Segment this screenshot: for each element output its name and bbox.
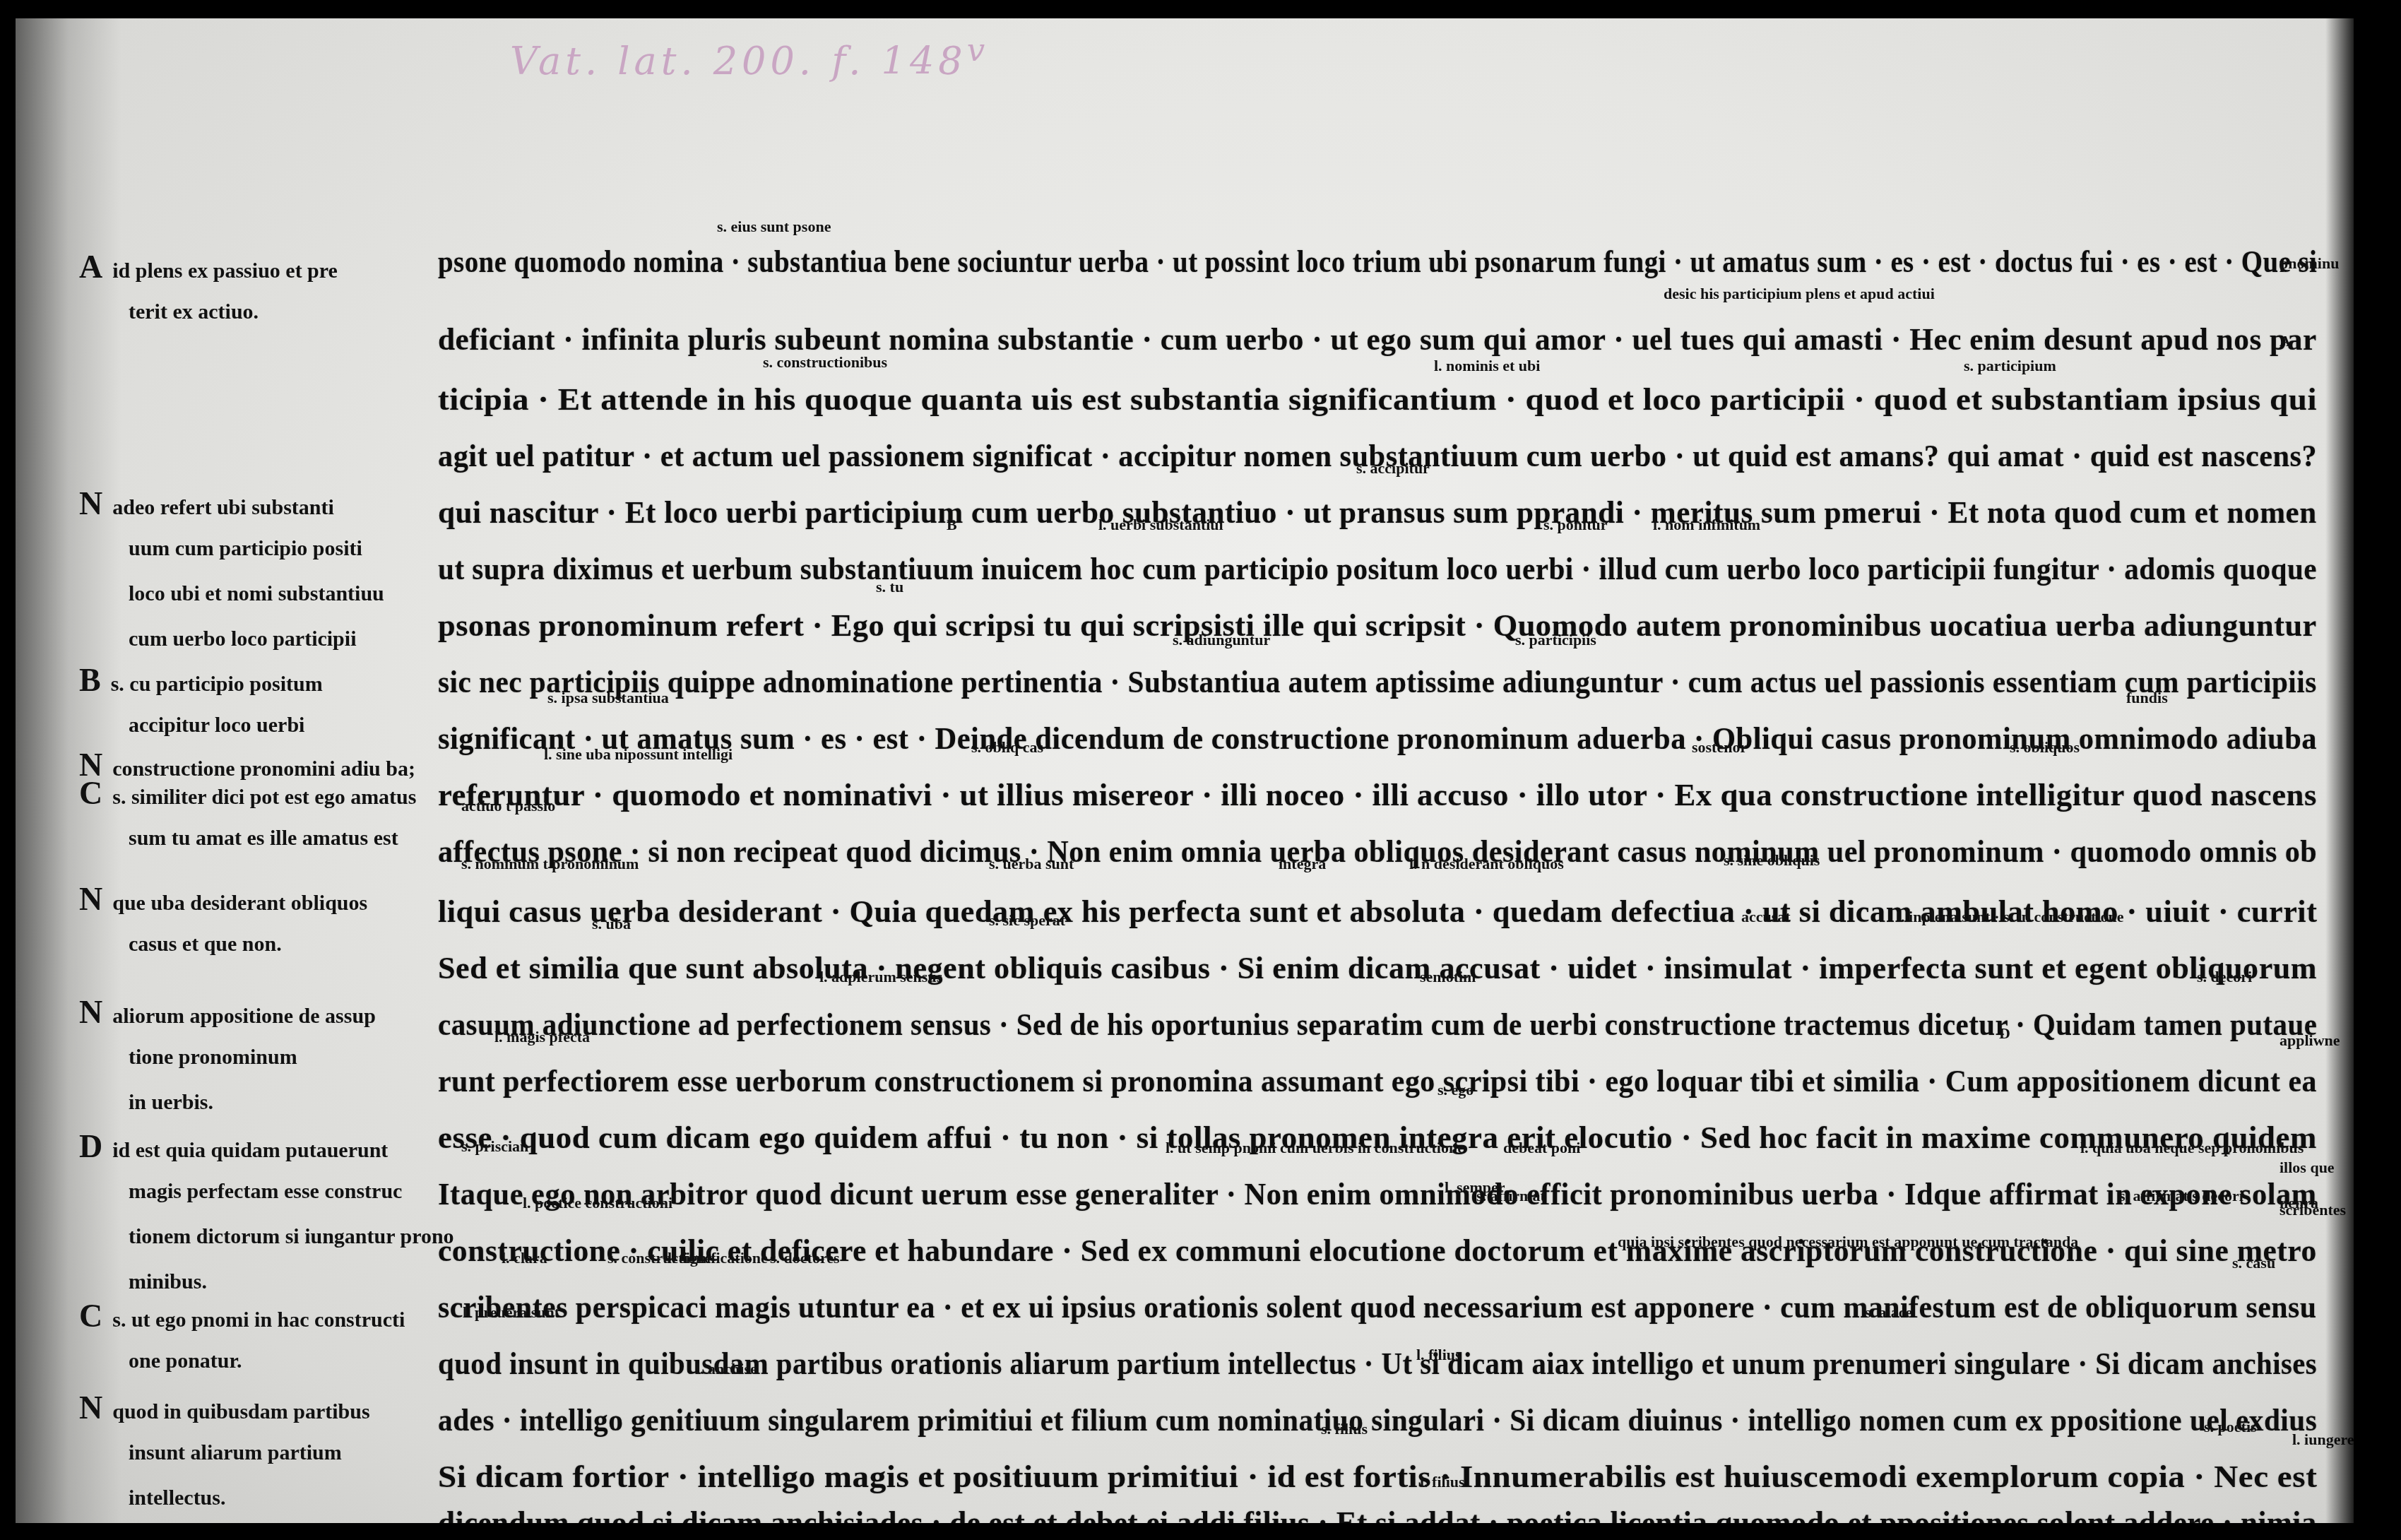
interlinear-gloss: s. ponitur [1543,516,1607,534]
interlinear-gloss: semotim [1420,968,1476,986]
interlinear-gloss: actiuo t passio [461,797,555,815]
margin-initial: B [79,662,101,698]
right-margin-note: pnominu [2280,254,2339,273]
text-line: referuntur · quomodo et nominativi · ut … [438,777,2317,813]
text-line: ticipia · Et attende in his quoque quant… [438,381,2317,417]
margin-gloss-text: insunt aliarum partium [129,1441,342,1464]
margin-gloss-text: id plens ex passiuo et pre [112,259,338,283]
margin-initial: A [79,249,102,285]
interlinear-gloss: s. uba [592,915,631,933]
interlinear-gloss: s. sic sperat [989,911,1065,930]
right-margin-note: A [2280,332,2291,350]
text-line: Sed et similia que sunt absoluta · negen… [438,950,2317,986]
text-line: ut supra diximus et uerbum substantiuum … [438,551,2317,587]
text-line: qui nascitur · Et loco uerbi participium… [438,494,2317,531]
right-margin-note: illos que [2280,1159,2335,1177]
text-line: runt perfectiorem esse uerborum construc… [438,1063,2317,1099]
interlinear-gloss: debeat poni [1503,1139,1580,1157]
interlinear-gloss: l. inplena sunt · s. in constructione [1897,908,2124,926]
interlinear-gloss: s. affirmat s decori [2119,1187,2243,1205]
interlinear-gloss: s. casu [2232,1254,2275,1272]
interlinear-gloss: s. filius [1321,1420,1368,1438]
interlinear-gloss: s. affirmat [1476,1187,1546,1205]
interlinear-gloss: s. obliquos [2010,738,2080,757]
margin-gloss-text: uum cum participio positi [129,537,362,560]
shelfmark-suffix: v [967,31,989,69]
text-line: Si dicam fortior · intelligo magis et po… [438,1459,2317,1495]
interlinear-gloss: s. accipitur [1356,459,1430,478]
margin-gloss-text: s. cu participio positum [111,673,323,696]
margin-gloss-line: tione pronominum [129,1035,297,1080]
margin-gloss-text: tione pronominum [129,1046,297,1069]
margin-gloss-text: casus et que non. [129,932,282,956]
interlinear-gloss: s. participiis [1515,631,1596,649]
margin-gloss-text: in uerbis. [129,1091,213,1114]
interlinear-gloss: s. uerba sunt [989,855,1074,873]
interlinear-gloss: l. nom infinitum [1653,516,1760,534]
margin-initial: C [79,775,102,811]
margin-gloss-line: cum uerbo loco participii [129,617,356,662]
margin-gloss-line: Cs. similiter dici pot est ego amatus [79,771,416,820]
text-line: psone quomodo nomina · substantiua bene … [438,244,2317,280]
margin-gloss-line: uum cum participio positi [129,526,362,571]
interlinear-gloss: s. priscian [461,1137,528,1156]
interlinear-gloss: l. ut semp pnomi cum uerbis in construct… [1166,1139,1464,1157]
margin-gloss-text: aliorum appositione de assup [112,1005,376,1028]
margin-gloss-text: accipitur loco uerbi [129,713,304,737]
margin-initial: D [79,1128,102,1164]
interlinear-gloss: l. filius [1420,1473,1465,1491]
interlinear-gloss: s. obliq cas [971,738,1043,757]
margin-gloss-line: in uerbis. [129,1080,213,1125]
interlinear-gloss: s. constructionibus [763,353,887,372]
manuscript-page: Vat. lat. 200. f. 148v Aid plens ex pass… [16,18,2354,1523]
margin-initial: N [79,485,102,521]
margin-gloss-line: insunt aliarum partium [129,1431,342,1476]
interlinear-gloss: s. participium [1964,357,2056,375]
interlinear-gloss: l. n desiderant obliquos [1409,855,1564,873]
margin-gloss-line: terit ex actiuo. [129,290,259,335]
margin-initial: N [79,994,102,1030]
margin-gloss-text: adeo refert ubi substanti [112,496,334,519]
margin-initial: N [79,1390,102,1426]
shelfmark-text: Vat. lat. 200. f. 148 [510,39,967,83]
interlinear-gloss: s. aiace [1865,1303,1912,1322]
interlinear-gloss: l. significatione [668,1249,768,1267]
interlinear-gloss: l. magis pfecta [494,1028,590,1046]
interlinear-gloss: l. poetice constructioni [523,1194,672,1212]
text-line: psonas pronominum refert · Ego qui scrip… [438,608,2317,644]
interlinear-gloss: s. tu [876,578,903,596]
interlinear-gloss: accusat [1741,908,1791,926]
interlinear-gloss: s. ipsa substantiua [547,689,669,707]
margin-gloss-line: Did est quia quidam putauerunt [79,1124,388,1173]
interlinear-gloss: desic his participium plens et apud acti… [1664,285,1935,303]
interlinear-gloss: l. nominis et ubi [1434,357,1540,375]
interlinear-gloss: l. quia uba neque sep pronomibus [2080,1139,2304,1157]
interlinear-gloss: l. sine uba nipossunt intelligi [544,745,733,764]
text-line: ades · intelligo genitiuum singularem pr… [438,1402,2317,1438]
margin-gloss-line: Nquod in quibusdam partibus [79,1385,370,1435]
margin-initial: C [79,1298,102,1334]
text-line: sic nec participiis quippe adnominatione… [438,664,2317,700]
margin-gloss-line: tionem dictorum si iungantur prono [129,1214,454,1260]
margin-gloss-text: s. ut ego pnomi in hac constructi [112,1308,405,1332]
margin-gloss-text: quod in quibusdam partibus [112,1400,369,1423]
margin-gloss-line: one ponatur. [129,1339,242,1384]
interlinear-gloss: l. uerbi substantiui [1098,516,1223,534]
text-line: affectus psone · si non recipeat quod di… [438,834,2317,870]
interlinear-gloss: s. doctores [770,1249,840,1267]
margin-gloss-line: Nque uba desiderant obliquos [79,877,367,926]
interlinear-gloss: s. decori [2197,968,2252,986]
margin-gloss-text: id est quia quidam putauerunt [112,1139,388,1162]
text-line: scribentes perspicaci magis utuntur ea ·… [438,1289,2317,1325]
interlinear-gloss: l. anchise [696,1360,757,1378]
interlinear-gloss: s. eius sunt psone [717,218,831,236]
shelfmark-annotation: Vat. lat. 200. f. 148v [510,31,989,83]
interlinear-gloss: l. clara [502,1249,547,1267]
margin-gloss-line: Bs. cu participio positum [79,658,323,707]
margin-gloss-text: magis perfectam esse construc [129,1180,402,1203]
interlinear-gloss: B [947,516,957,534]
interlinear-gloss: D [1999,1024,2010,1043]
margin-gloss-line: casus et que non. [129,922,282,967]
margin-initial: N [79,881,102,917]
margin-gloss-text: one ponatur. [129,1349,242,1373]
interlinear-gloss: integra [1279,855,1326,873]
margin-gloss-text: que uba desiderant obliquos [112,892,367,915]
text-line: Itaque ego non arbitror quod dicunt ueru… [438,1176,2317,1212]
right-margin-note: scribentes [2280,1201,2346,1219]
margin-gloss-line: Nadeo refert ubi substanti [79,481,334,531]
text-line: casuum adiunctione ad perfectionem sensu… [438,1007,2317,1043]
margin-gloss-line: loco ubi et nomi substantiuu [129,571,384,617]
interlinear-gloss: l. adplerum sensus [819,968,942,986]
interlinear-gloss: s. poetis [2204,1418,2257,1436]
interlinear-gloss: s. sine obliquis [1724,851,1820,870]
interlinear-gloss: quia ipsi scribentes quod necessarium es… [1618,1233,2078,1251]
interlinear-gloss: s. adiunguntur [1173,631,1270,649]
interlinear-gloss: s. nominum t pronominum [461,855,639,873]
interlinear-gloss: sostenor [1692,738,1747,757]
margin-gloss-text: s. similiter dici pot est ego amatus [112,786,416,809]
right-margin-note: appliwne [2280,1031,2340,1050]
interlinear-gloss: l. filius [1416,1346,1462,1364]
margin-gloss-text: minibus. [129,1270,207,1293]
margin-gloss-line: accipitur loco uerbi [129,703,304,748]
interlinear-gloss: l. iungere [2292,1431,2354,1449]
margin-gloss-line: intellectus. [129,1476,225,1521]
text-line: deficiant · infinita pluris subeunt nomi… [438,321,2317,357]
interlinear-gloss: l. preuera sunt [463,1303,559,1322]
margin-gloss-text: loco ubi et nomi substantiuu [129,582,384,605]
margin-gloss-text: sum tu amat es ille amatus est [129,827,398,850]
margin-gloss-line: magis perfectam esse construc [129,1169,402,1214]
margin-gloss-text: tionem dictorum si iungantur prono [129,1225,454,1248]
margin-gloss-line: Cs. ut ego pnomi in hac constructi [79,1293,405,1343]
margin-gloss-text: terit ex actiuo. [129,300,259,324]
margin-gloss-text: intellectus. [129,1486,225,1510]
interlinear-gloss: s. ego [1437,1081,1474,1099]
text-line: dicendum quod si dicam anchisiades · de … [438,1505,2317,1523]
margin-gloss-line: sum tu amat es ille amatus est [129,816,398,861]
margin-gloss-line: Aid plens ex passiuo et pre [79,244,338,294]
margin-gloss-text: cum uerbo loco participii [129,627,356,651]
interlinear-gloss: fundis [2126,689,2168,707]
margin-gloss-line: Naliorum appositione de assup [79,990,376,1039]
